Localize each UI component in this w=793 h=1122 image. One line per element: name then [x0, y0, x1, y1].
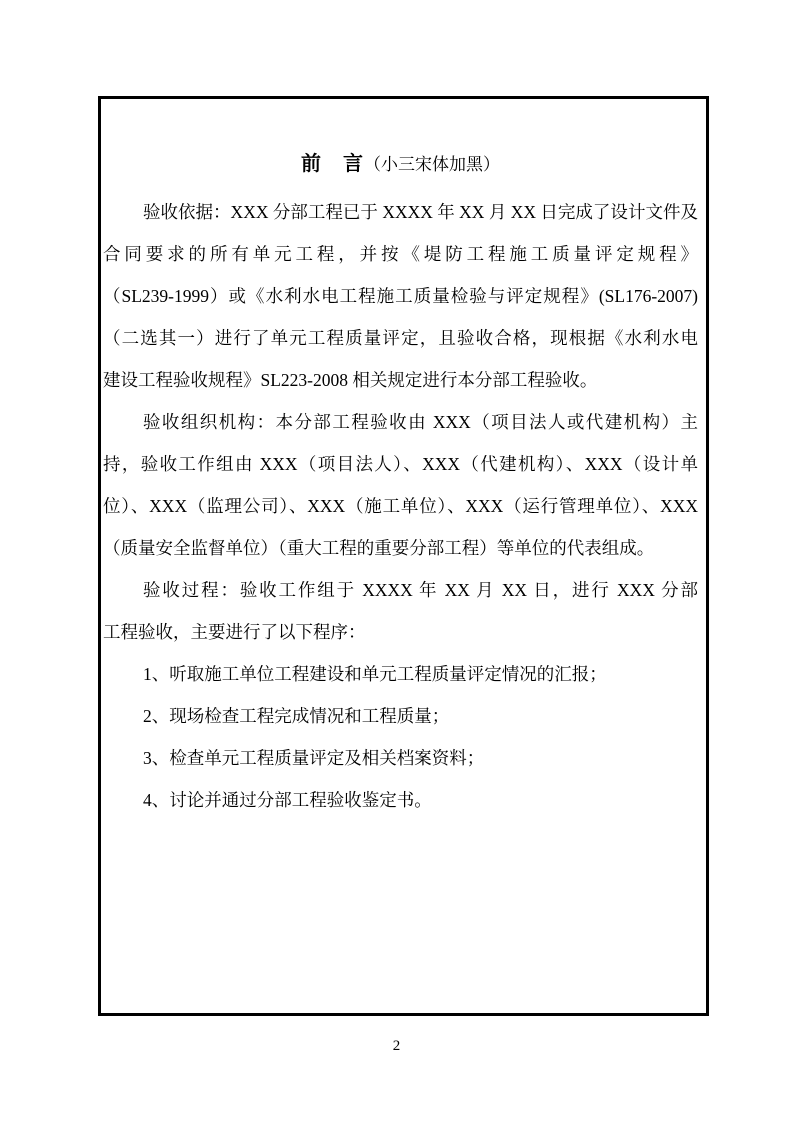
paragraph-acceptance-organization: 验收组织机构：本分部工程验收由 XXX（项目法人或代建机构）主 持，验收工作组由… — [103, 401, 698, 569]
text-line: 验收组织机构：本分部工程验收由 XXX（项目法人或代建机构）主 — [103, 401, 698, 443]
text-line: 位）、XXX（监理公司）、XXX（施工单位）、XXX（运行管理单位）、XXX — [103, 485, 698, 527]
document-title: 前 言（小三宋体加黑） — [103, 147, 698, 183]
paragraph-acceptance-basis: 验收依据：XXX 分部工程已于 XXXX 年 XX 月 XX 日完成了设计文件及… — [103, 191, 698, 401]
page-number: 2 — [0, 1036, 793, 1056]
title-text: 前 言 — [301, 153, 364, 175]
text-line: （质量安全监督单位）（重大工程的重要分部工程）等单位的代表组成。 — [103, 527, 698, 569]
text-line: 验收依据：XXX 分部工程已于 XXXX 年 XX 月 XX 日完成了设计文件及 — [103, 191, 698, 233]
list-item: 2、现场检查工程完成情况和工程质量； — [103, 695, 698, 737]
document-page: 前 言（小三宋体加黑） 验收依据：XXX 分部工程已于 XXXX 年 XX 月 … — [0, 0, 793, 1122]
title-annotation: （小三宋体加黑） — [364, 155, 500, 174]
text-line: 工程验收，主要进行了以下程序： — [103, 611, 698, 653]
text-line: 合同要求的所有单元工程，并按《堤防工程施工质量评定规程》 — [103, 233, 698, 275]
text-line: 持，验收工作组由 XXX（项目法人）、XXX（代建机构）、XXX（设计单 — [103, 443, 698, 485]
text-line: 建设工程验收规程》SL223-2008 相关规定进行本分部工程验收。 — [103, 359, 698, 401]
list-item: 3、检查单元工程质量评定及相关档案资料； — [103, 737, 698, 779]
list-item: 1、听取施工单位工程建设和单元工程质量评定情况的汇报； — [103, 653, 698, 695]
procedure-list: 1、听取施工单位工程建设和单元工程质量评定情况的汇报； 2、现场检查工程完成情况… — [103, 653, 698, 821]
text-line: 验收过程：验收工作组于 XXXX 年 XX 月 XX 日，进行 XXX 分部 — [103, 569, 698, 611]
text-line: （二选其一）进行了单元工程质量评定，且验收合格，现根据《水利水电 — [103, 317, 698, 359]
list-item: 4、讨论并通过分部工程验收鉴定书。 — [103, 779, 698, 821]
paragraph-acceptance-process: 验收过程：验收工作组于 XXXX 年 XX 月 XX 日，进行 XXX 分部 工… — [103, 569, 698, 653]
text-line: （SL239-1999）或《水利水电工程施工质量检验与评定规程》(SL176-2… — [103, 275, 698, 317]
page-border: 前 言（小三宋体加黑） 验收依据：XXX 分部工程已于 XXXX 年 XX 月 … — [98, 96, 709, 1016]
